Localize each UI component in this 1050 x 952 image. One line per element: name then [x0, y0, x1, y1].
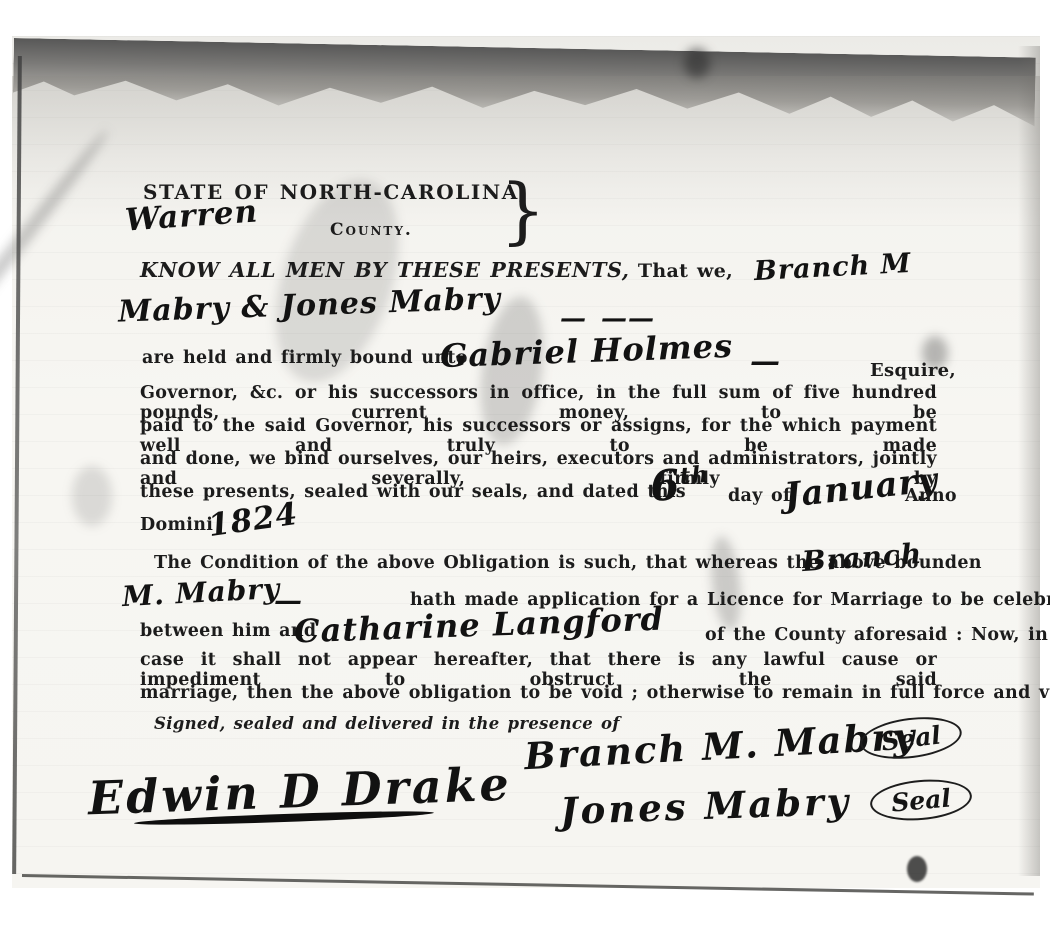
smudge — [707, 535, 745, 632]
obligee-dash: — — [750, 344, 781, 379]
seal-2-label: Seal — [890, 783, 952, 817]
day-number: 6 — [648, 460, 682, 511]
scanned-document-paper: STATE OF NORTH-CAROLINA, Warren County. … — [12, 36, 1040, 888]
day-handwritten: 6th — [648, 458, 711, 511]
obligee-name: Gabriel Holmes — [439, 327, 733, 375]
bride-handwritten: Catharine Langford — [293, 600, 664, 651]
seal-2: Seal — [868, 776, 973, 825]
year-handwritten: 1824 — [206, 496, 300, 544]
smudge — [72, 466, 112, 526]
bottom-paper-edge — [22, 874, 1034, 896]
anno: Anno — [905, 486, 957, 506]
right-paper-edge — [1018, 46, 1040, 876]
county-label: County. — [330, 220, 413, 240]
opening-clause: KNOW ALL MEN BY THESE PRESENTS, That we, — [140, 258, 733, 282]
witness-clause: Signed, sealed and delivered in the pres… — [154, 714, 620, 733]
esquire: Esquire, — [870, 360, 956, 381]
seal-1-label: Seal — [880, 720, 943, 756]
bound-unto: are held and firmly bound unto — [142, 348, 468, 368]
opening-bold: KNOW ALL MEN BY THESE PRESENTS, — [140, 258, 630, 282]
between-him-and: between him and — [140, 621, 316, 641]
smudge — [684, 48, 710, 78]
obligor-name-line1: Branch M — [753, 248, 912, 287]
day-of: day of — [728, 486, 791, 506]
opening-rest: That we, — [638, 260, 733, 282]
day-suffix: th — [679, 461, 710, 490]
obligor-name-line2: Mabry & Jones Mabry — [118, 281, 502, 329]
principal-signature-2: Jones Mabry — [559, 779, 851, 833]
groom-handwritten-2: M. Mabry — [121, 572, 281, 613]
header-brace: } — [500, 168, 546, 252]
scan-background: STATE OF NORTH-CAROLINA, Warren County. … — [0, 0, 1050, 952]
county-aforesaid: of the County aforesaid : Now, in — [705, 625, 1048, 645]
bond-line-4: these presents, sealed with our seals, a… — [140, 482, 686, 502]
domini: Domini — [140, 515, 213, 535]
condition-line-4: marriage, then the above obligation to b… — [140, 683, 1050, 703]
ink-spot — [907, 856, 927, 882]
